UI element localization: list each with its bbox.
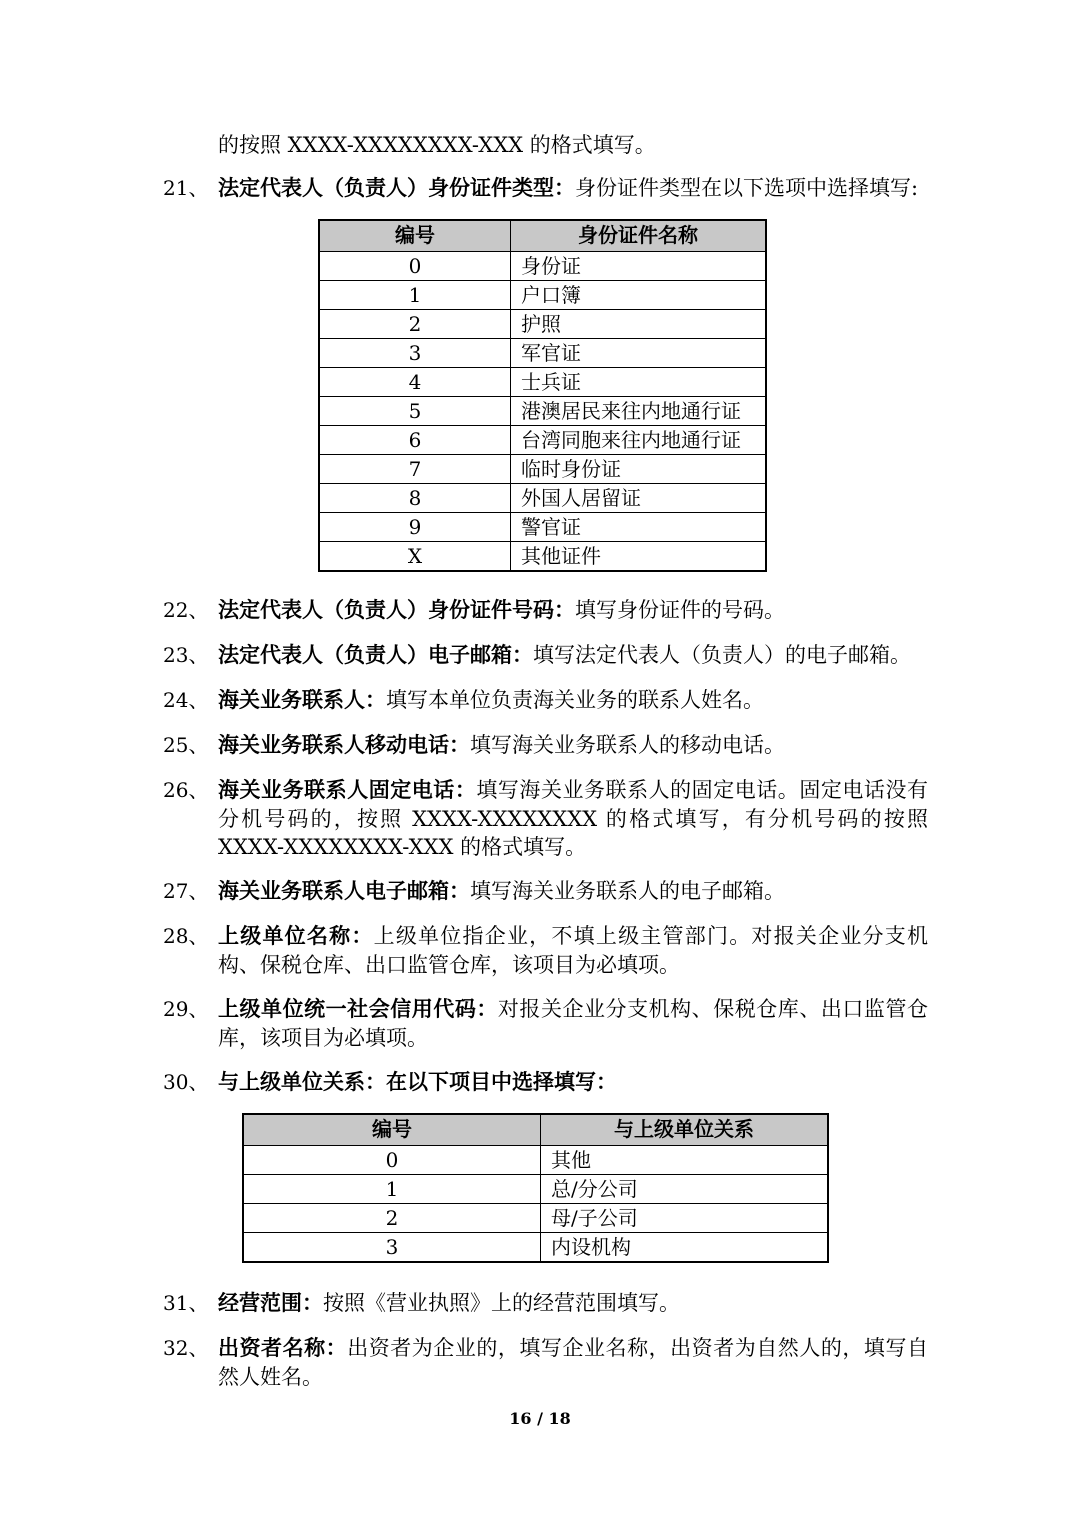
item-number: 28、 (163, 922, 218, 979)
item-number: 27、 (163, 877, 218, 906)
table-row: 3内设机构 (243, 1233, 828, 1263)
table-cell-code: 3 (243, 1233, 541, 1263)
item-text: 填写海关业务联系人的移动电话。 (470, 733, 785, 757)
item-content: 出资者名称：出资者为企业的，填写企业名称，出资者为自然人的，填写自然人姓名。 (218, 1334, 928, 1391)
table-cell-code: 1 (243, 1175, 541, 1204)
item-text: 填写身份证件的号码。 (575, 598, 785, 622)
item-label: 法定代表人（负责人）身份证件类型： (218, 177, 575, 200)
table-cell-name: 士兵证 (511, 368, 767, 397)
table-cell-relation: 总/分公司 (541, 1175, 829, 1204)
table-cell-name: 警官证 (511, 513, 767, 542)
item-label: 法定代表人（负责人）电子邮箱： (218, 644, 533, 667)
table-row: 6台湾同胞来往内地通行证 (319, 426, 766, 455)
item-content: 海关业务联系人电子邮箱：填写海关业务联系人的电子邮箱。 (218, 877, 928, 906)
table-cell-code: 2 (243, 1204, 541, 1233)
item-text: 填写本单位负责海关业务的联系人姓名。 (386, 688, 764, 712)
item-content: 上级单位统一社会信用代码：对报关企业分支机构、保税仓库、出口监管仓库，该项目为必… (218, 995, 928, 1052)
table-cell-code: 3 (319, 339, 511, 368)
table-row: X其他证件 (319, 542, 766, 572)
table-cell-name: 身份证 (511, 252, 767, 281)
table-row: 0其他 (243, 1146, 828, 1175)
list-item-27: 27、 海关业务联系人电子邮箱：填写海关业务联系人的电子邮箱。 (163, 877, 1080, 906)
table-row: 0身份证 (319, 252, 766, 281)
list-item-30: 30、 与上级单位关系：在以下项目中选择填写： (163, 1068, 1080, 1097)
table-header-cell-code: 编号 (243, 1114, 541, 1146)
list-item-32: 32、 出资者名称：出资者为企业的，填写企业名称，出资者为自然人的，填写自然人姓… (163, 1334, 1080, 1391)
table-cell-code: 9 (319, 513, 511, 542)
item-content: 与上级单位关系：在以下项目中选择填写： (218, 1068, 928, 1097)
continuation-paragraph: 的按照 XXXX-XXXXXXXX-XXX 的格式填写。 (218, 131, 925, 159)
list-item-21: 21、 法定代表人（负责人）身份证件类型：身份证件类型在以下选项中选择填写: (163, 174, 1080, 203)
parent-unit-relation-table: 编号 与上级单位关系 0其他 1总/分公司 2母/子公司 3内设机构 (242, 1113, 829, 1263)
item-number: 25、 (163, 731, 218, 760)
table-cell-name: 户口簿 (511, 281, 767, 310)
item-number: 21、 (163, 174, 218, 203)
table-cell-relation: 母/子公司 (541, 1204, 829, 1233)
table-cell-name: 护照 (511, 310, 767, 339)
table-row: 1户口簿 (319, 281, 766, 310)
table-row: 3军官证 (319, 339, 766, 368)
item-number: 24、 (163, 686, 218, 715)
item-label: 上级单位统一社会信用代码： (218, 998, 498, 1021)
item-content: 法定代表人（负责人）电子邮箱：填写法定代表人（负责人）的电子邮箱。 (218, 641, 928, 670)
table-row: 1总/分公司 (243, 1175, 828, 1204)
list-item-22: 22、 法定代表人（负责人）身份证件号码：填写身份证件的号码。 (163, 596, 1080, 625)
table-cell-code: X (319, 542, 511, 572)
table-cell-name: 临时身份证 (511, 455, 767, 484)
item-label: 海关业务联系人固定电话： (218, 779, 476, 802)
item-label: 出资者名称： (218, 1337, 347, 1360)
item-text: 填写海关业务联系人的电子邮箱。 (470, 879, 785, 903)
item-content: 法定代表人（负责人）身份证件类型：身份证件类型在以下选项中选择填写: (218, 174, 928, 203)
item-label: 经营范围： (218, 1292, 323, 1315)
table-cell-code: 0 (243, 1146, 541, 1175)
table-cell-relation: 内设机构 (541, 1233, 829, 1263)
item-label: 上级单位名称： (218, 925, 374, 948)
item-label: 法定代表人（负责人）身份证件号码： (218, 599, 575, 622)
page-number: 16 / 18 (0, 1407, 1080, 1431)
table-cell-name: 外国人居留证 (511, 484, 767, 513)
table-cell-name: 军官证 (511, 339, 767, 368)
id-document-type-table: 编号 身份证件名称 0身份证 1户口簿 2护照 3军官证 4士兵证 5港澳居民来… (318, 219, 767, 572)
table-cell-name: 台湾同胞来往内地通行证 (511, 426, 767, 455)
item-label: 与上级单位关系：在以下项目中选择填写： (218, 1071, 617, 1094)
table-cell-code: 6 (319, 426, 511, 455)
item-content: 经营范围：按照《营业执照》上的经营范围填写。 (218, 1289, 928, 1318)
item-number: 31、 (163, 1289, 218, 1318)
item-number: 32、 (163, 1334, 218, 1391)
table-cell-code: 4 (319, 368, 511, 397)
item-text: 身份证件类型在以下选项中选择填写: (575, 176, 918, 200)
item-number: 26、 (163, 776, 218, 861)
item-content: 上级单位名称：上级单位指企业，不填上级主管部门。对报关企业分支机构、保税仓库、出… (218, 922, 928, 979)
table-cell-code: 2 (319, 310, 511, 339)
table-row: 9警官证 (319, 513, 766, 542)
table-cell-code: 7 (319, 455, 511, 484)
table-cell-code: 8 (319, 484, 511, 513)
list-item-29: 29、 上级单位统一社会信用代码：对报关企业分支机构、保税仓库、出口监管仓库，该… (163, 995, 1080, 1052)
list-item-25: 25、 海关业务联系人移动电话：填写海关业务联系人的移动电话。 (163, 731, 1080, 760)
list-item-23: 23、 法定代表人（负责人）电子邮箱：填写法定代表人（负责人）的电子邮箱。 (163, 641, 1080, 670)
item-text: 按照《营业执照》上的经营范围填写。 (323, 1291, 680, 1315)
item-text: 填写法定代表人（负责人）的电子邮箱。 (533, 643, 911, 667)
list-item-26: 26、 海关业务联系人固定电话：填写海关业务联系人的固定电话。固定电话没有分机号… (163, 776, 1080, 861)
table-cell-name: 港澳居民来往内地通行证 (511, 397, 767, 426)
table-row: 4士兵证 (319, 368, 766, 397)
item-number: 29、 (163, 995, 218, 1052)
list-item-31: 31、 经营范围：按照《营业执照》上的经营范围填写。 (163, 1289, 1080, 1318)
table-header-row: 编号 身份证件名称 (319, 220, 766, 252)
table-row: 8外国人居留证 (319, 484, 766, 513)
table-row: 7临时身份证 (319, 455, 766, 484)
item-content: 海关业务联系人：填写本单位负责海关业务的联系人姓名。 (218, 686, 928, 715)
list-item-28: 28、 上级单位名称：上级单位指企业，不填上级主管部门。对报关企业分支机构、保税… (163, 922, 1080, 979)
list-item-24: 24、 海关业务联系人：填写本单位负责海关业务的联系人姓名。 (163, 686, 1080, 715)
item-label: 海关业务联系人电子邮箱： (218, 880, 470, 903)
item-content: 法定代表人（负责人）身份证件号码：填写身份证件的号码。 (218, 596, 928, 625)
item-number: 23、 (163, 641, 218, 670)
table-cell-code: 0 (319, 252, 511, 281)
table-header-cell-name: 身份证件名称 (511, 220, 767, 252)
item-label: 海关业务联系人： (218, 689, 386, 712)
table-cell-code: 1 (319, 281, 511, 310)
table-row: 2母/子公司 (243, 1204, 828, 1233)
table-header-cell-relation: 与上级单位关系 (541, 1114, 829, 1146)
item-label: 海关业务联系人移动电话： (218, 734, 470, 757)
item-content: 海关业务联系人移动电话：填写海关业务联系人的移动电话。 (218, 731, 928, 760)
table-header-cell-code: 编号 (319, 220, 511, 252)
table-cell-code: 5 (319, 397, 511, 426)
item-content: 海关业务联系人固定电话：填写海关业务联系人的固定电话。固定电话没有分机号码的，按… (218, 776, 928, 861)
table-row: 5港澳居民来往内地通行证 (319, 397, 766, 426)
table-row: 2护照 (319, 310, 766, 339)
table-cell-relation: 其他 (541, 1146, 829, 1175)
item-number: 22、 (163, 596, 218, 625)
item-number: 30、 (163, 1068, 218, 1097)
table-header-row: 编号 与上级单位关系 (243, 1114, 828, 1146)
table-cell-name: 其他证件 (511, 542, 767, 572)
document-page: 的按照 XXXX-XXXXXXXX-XXX 的格式填写。 21、 法定代表人（负… (0, 0, 1080, 1526)
